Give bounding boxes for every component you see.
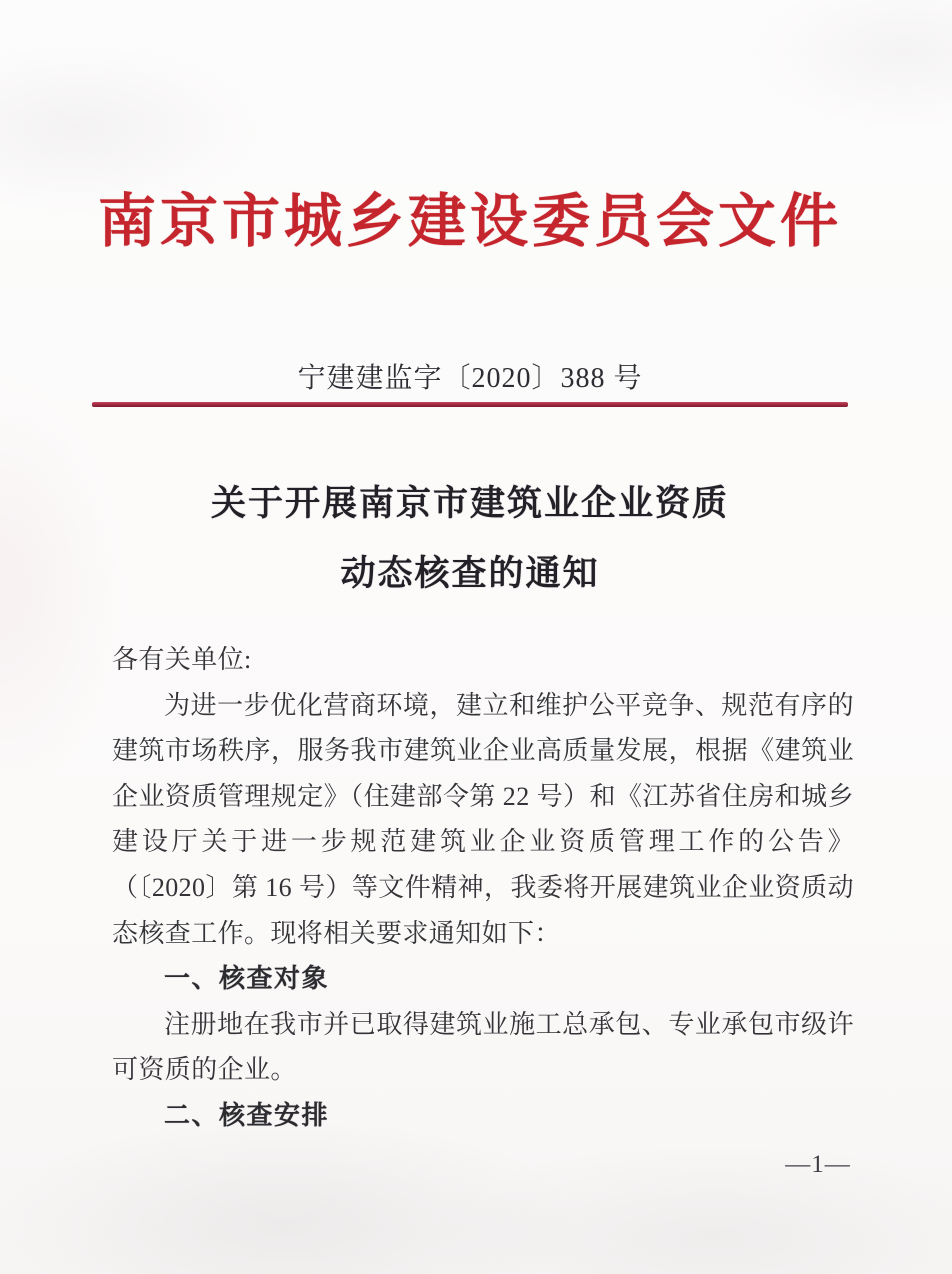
- body-line: 二、核查安排: [112, 1093, 854, 1139]
- body-line: 一、核查对象: [112, 956, 854, 1002]
- body-line: 建筑市场秩序，服务我市建筑业企业高质量发展，根据《建筑业: [112, 728, 854, 774]
- body-line: 建设厅关于进一步规范建筑业企业资质管理工作的公告》: [112, 819, 854, 865]
- body-line: 注册地在我市并已取得建筑业施工总承包、专业承包市级许: [112, 1002, 854, 1048]
- body-lines: 各有关单位:为进一步优化营商环境，建立和维护公平竞争、规范有序的建筑市场秩序，服…: [112, 637, 854, 1139]
- scanned-document-page: 南京市城乡建设委员会文件 宁建建监字〔2020〕388 号 关于开展南京市建筑业…: [0, 0, 952, 1274]
- body-line: 态核查工作。现将相关要求通知如下：: [112, 911, 854, 957]
- document-number: 宁建建监字〔2020〕388 号: [85, 360, 855, 398]
- document-title-line1: 关于开展南京市建筑业企业资质: [85, 469, 855, 539]
- body-line: 各有关单位:: [112, 637, 854, 683]
- document-title: 关于开展南京市建筑业企业资质 动态核查的通知: [85, 469, 855, 609]
- body-line: 企业资质管理规定》（住建部令第 22 号）和《江苏省住房和城乡: [112, 774, 854, 820]
- page-number: —1—: [770, 1150, 866, 1180]
- body-line: 可资质的企业。: [112, 1047, 854, 1093]
- document-header: 南京市城乡建设委员会文件: [85, 181, 855, 263]
- red-divider-rule: [92, 402, 848, 407]
- body-line: 为进一步优化营商环境，建立和维护公平竞争、规范有序的: [112, 683, 854, 729]
- body-line: （〔2020〕第 16 号）等文件精神，我委将开展建筑业企业资质动: [112, 865, 854, 911]
- document-title-line2: 动态核查的通知: [85, 539, 855, 609]
